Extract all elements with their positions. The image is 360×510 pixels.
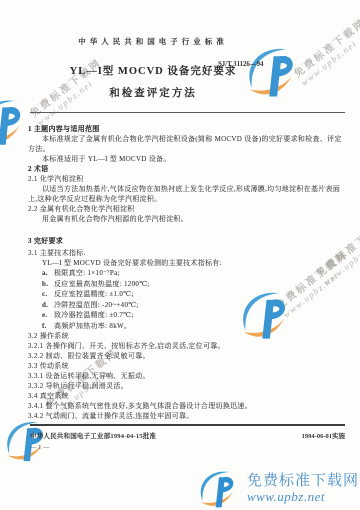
section-3-2-heading: 3.2 操作系统 — [28, 331, 342, 341]
section-2-1-paragraph: 以适当方法加热基片,气体反应物在加热衬底上发生化学反应,形成薄膜,均匀地淀积在基… — [28, 184, 342, 204]
spec-item-text: 极限真空: 1×10⁻⁷Pa; — [54, 269, 120, 277]
spec-item-f: f.高频炉加热功率: 8kW。 — [28, 321, 342, 332]
spec-item-label: b. — [42, 279, 54, 290]
spec-item-text: 致冷器控温精度: ±0.7℃; — [54, 311, 134, 319]
footer-divider — [30, 424, 345, 426]
upbz-logo-icon — [192, 468, 242, 510]
spec-item-label: a. — [42, 268, 54, 279]
spec-item-b: b.反应室最高加热温度: 1200℃; — [28, 279, 342, 290]
section-2-heading: 2 术语 — [28, 164, 342, 174]
section-3-3-heading: 3.3 传动系统 — [28, 361, 342, 371]
approval-note: 中华人民共和国电子工业部1994-04-15批准 — [30, 431, 156, 440]
implementation-date: 1994-06-01实施 — [302, 431, 345, 440]
section-3-4-heading: 3.4 真空系统 — [28, 391, 342, 401]
section-3-1-intro: YL—I 型 MOCVD 设备完好要求检测的主要技术指标有: — [28, 258, 342, 268]
header-divider — [30, 112, 345, 113]
spec-item-c: c.反应室控温精度: ±1.0℃; — [28, 289, 342, 300]
section-3-3-1: 3.3.1 设备运转平稳,无异响、无振动。 — [28, 371, 342, 381]
brand-text: 免费标准下载网 www.upbz.net — [247, 474, 359, 503]
page-number: — 1 — — [30, 444, 345, 451]
section-2-1-heading: 2.1 化学汽相淀积 — [28, 174, 342, 184]
scanned-standard-page: 免费标准下载网 www.upbz.net 免费标准下载网 www.upbz.ne… — [0, 0, 360, 510]
document-footer: 中华人民共和国电子工业部1994-04-15批准 1994-06-01实施 — … — [30, 431, 345, 451]
spec-item-d: d.冷阱控温范围: -20~+40℃; — [28, 300, 342, 311]
spec-item-label: d. — [42, 300, 54, 311]
spec-item-text: 反应室控温精度: ±1.0℃; — [54, 290, 134, 298]
document-title-line2: 和检查评定方法 — [28, 85, 278, 100]
spec-item-label: e. — [42, 310, 54, 321]
section-1-paragraph: 本标准规定了金属有机化合物化学汽相淀积设备(简称 MOCVD 设备)的完好要求和… — [28, 134, 342, 154]
section-3-1-heading: 3.1 主要技术指标. — [28, 248, 342, 258]
section-3-4-2: 3.4.2 气动阀门、流量计操作灵活,连接处牢固可靠。 — [28, 411, 342, 421]
brand-site-name: 免费标准下载网 — [247, 474, 359, 490]
section-1-scope: 本标准适用于 YL—I 型 MOCVD 设备。 — [28, 154, 342, 164]
watermark-site-name: 免费标准下载网 — [290, 14, 360, 80]
standard-org-line: 中华人民共和国电子行业标准 — [28, 36, 278, 47]
section-1-heading: 1 主题内容与适用范围 — [28, 124, 342, 134]
standard-number: SJ/T 31126—94 — [218, 61, 263, 68]
spec-item-label: f. — [42, 321, 54, 332]
section-3-2-1: 3.2.1 各操作阀门、开关、按钮标志齐全,启动灵活,定位可靠。 — [28, 341, 342, 351]
spec-item-text: 反应室最高加热温度: 1200℃; — [54, 280, 150, 288]
section-3-2-2: 3.2.2 制动、限位装置齐全,灵敏可靠。 — [28, 351, 342, 361]
spec-item-text: 冷阱控温范围: -20~+40℃; — [54, 301, 139, 309]
section-3-4-1: 3.4.1 整个气路系统气密性良好,多支路气体混合器设计合理切换迅速。 — [28, 401, 342, 411]
spec-item-label: c. — [42, 289, 54, 300]
spec-item-text: 高频炉加热功率: 8kW。 — [54, 322, 131, 330]
section-2-2-paragraph: 用金属有机化合物作汽相源的化学汽相淀积。 — [28, 214, 342, 224]
section-3-heading: 3 完好要求 — [28, 236, 342, 246]
section-3-3-2: 3.3.2 导轨运行平稳,润滑灵活。 — [28, 381, 342, 391]
spec-item-a: a.极限真空: 1×10⁻⁷Pa; — [28, 268, 342, 279]
section-2-2-heading: 2.2 金属有机化合物化学汽相淀积 — [28, 204, 342, 214]
document-body: 1 主题内容与适用范围 本标准规定了金属有机化合物化学汽相淀积设备(简称 MOC… — [28, 124, 342, 421]
spec-item-e: e.致冷器控温精度: ±0.7℃; — [28, 310, 342, 321]
upbz-logo-icon — [0, 94, 26, 150]
upbz-brand: 免费标准下载网 www.upbz.net — [192, 468, 359, 510]
brand-site-url: www.upbz.net — [247, 490, 359, 504]
watermark-site-url: www.upbz.net — [299, 26, 360, 88]
watermark-text-top-right: 免费标准下载网 www.upbz.net — [290, 14, 360, 88]
document-header: 中华人民共和国电子行业标准 YL—I型 MOCVD 设备完好要求 和检查评定方法 — [28, 36, 278, 100]
